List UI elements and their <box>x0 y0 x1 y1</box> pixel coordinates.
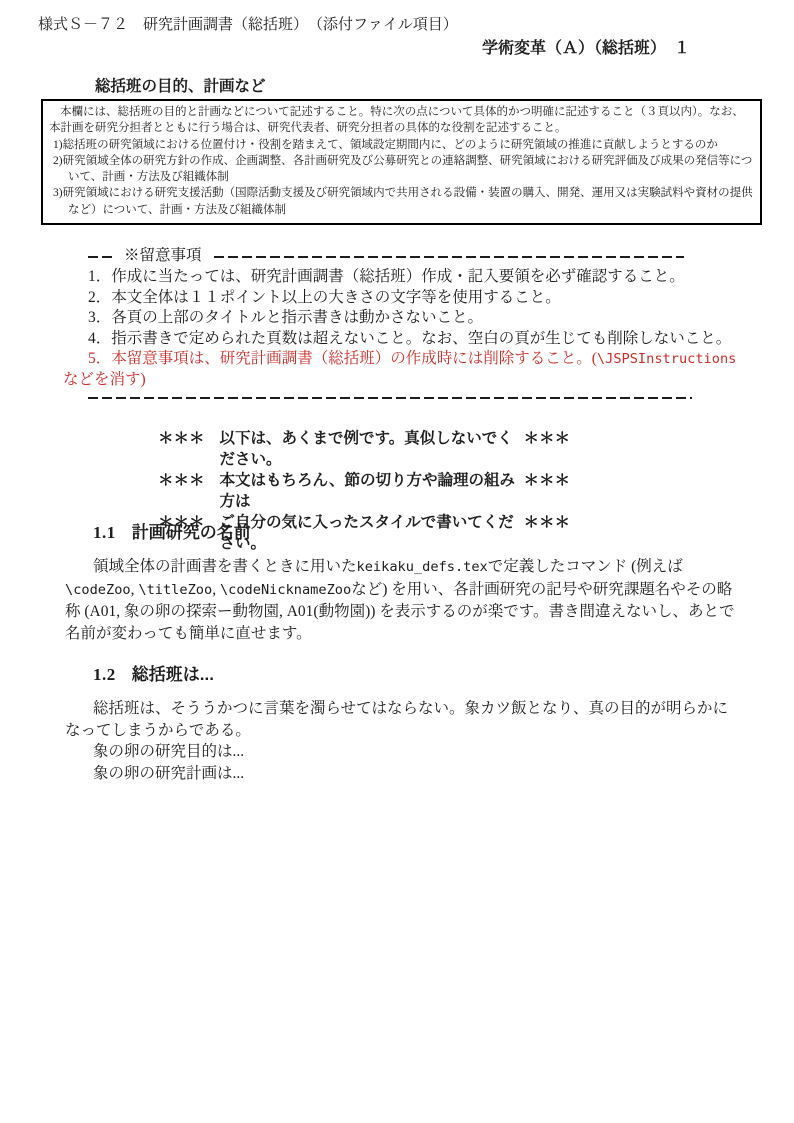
dashed-rule-bottom <box>88 397 692 399</box>
banner-text-1: 以下は、あくまで例です。真似しないでください。 <box>220 428 524 470</box>
note-item-1: 1．作成に当たっては、研究計画調書（総括班）作成・記入要領を必ず確認すること。 <box>88 267 745 288</box>
instruction-box: 本欄には、総括班の目的と計画などについて記述すること。特に次の点について具体的か… <box>41 99 762 225</box>
section-title: 計画研究の名前 <box>132 523 251 542</box>
banner-stars-left: ＊＊＊ <box>158 428 205 470</box>
section-1-1-body: 領域全体の計画書を書くときに用いたkeikaku_defs.texで定義したコマ… <box>65 556 741 644</box>
notes-label: ※留意事項 <box>124 246 202 267</box>
paragraph: 総括班は、そううかつに言葉を濁らせてはならない。象カツ飯となり、真の目的が明らか… <box>65 698 741 741</box>
notes-section: ※留意事項 1．作成に当たっては、研究計画調書（総括班）作成・記入要領を必ず確認… <box>63 246 745 399</box>
banner-row: ＊＊＊ 本文はもちろん、節の切り方や論理の組み方は ＊＊＊ <box>158 470 570 512</box>
dashed-rule-short <box>88 256 112 258</box>
section-1-2-body: 総括班は、そううかつに言葉を濁らせてはならない。象カツ飯となり、真の目的が明らか… <box>65 698 741 784</box>
paragraph: 象の卵の研究計画は... <box>65 763 741 785</box>
notes-header: ※留意事項 <box>88 246 745 267</box>
document-page: 様式Ｓ－７２ 研究計画調書（総括班） （添付ファイル項目） 学術変革（Ａ）（総括… <box>0 0 794 1123</box>
banner-stars-right: ＊＊＊ <box>523 470 570 512</box>
banner-row: ＊＊＊ 以下は、あくまで例です。真似しないでください。 ＊＊＊ <box>158 428 570 470</box>
banner-text-2: 本文はもちろん、節の切り方や論理の組み方は <box>220 470 524 512</box>
dashed-rule-top <box>214 256 684 258</box>
instruction-item-1: 1)総括班の研究領域における位置付け・役割を踏まえて、領域設定期間内に、どのよう… <box>49 137 754 153</box>
section-1-2: 1.2総括班は... 総括班は、そううかつに言葉を濁らせてはならない。象カツ飯と… <box>65 660 741 784</box>
banner-stars-left: ＊＊＊ <box>158 470 205 512</box>
instruction-item-2: 2)研究領域全体の研究方針の作成、企画調整、各計画研究及び公募研究との連絡調整、… <box>49 153 754 186</box>
note-item-4: 4．指示書きで定められた頁数は超えないこと。なお、空白の頁が生じても削除しないこ… <box>88 329 745 350</box>
section-number: 1.1 <box>93 523 116 542</box>
section-1-1: 1.1計画研究の名前 領域全体の計画書を書くときに用いたkeikaku_defs… <box>65 518 741 644</box>
paragraph: 領域全体の計画書を書くときに用いたkeikaku_defs.texで定義したコマ… <box>65 556 741 644</box>
page-header-right: 学術変革（Ａ）（総括班） １ <box>482 35 690 58</box>
form-number-line: 様式Ｓ－７２ 研究計画調書（総括班） （添付ファイル項目） <box>38 13 458 34</box>
instruction-item-3: 3)研究領域における研究支援活動（国際活動支援及び研究領域内で共用される設備・装… <box>49 185 754 218</box>
section-1-1-heading: 1.1計画研究の名前 <box>93 518 741 543</box>
section-main-title: 総括班の目的、計画など <box>95 74 266 96</box>
note-item-5-red: 5．本留意事項は、研究計画調書（総括班）の作成時には削除すること。(\JSPSI… <box>63 349 745 390</box>
instruction-intro: 本欄には、総括班の目的と計画などについて記述すること。特に次の点について具体的か… <box>49 104 754 137</box>
section-title: 総括班は... <box>132 665 214 684</box>
banner-stars-right: ＊＊＊ <box>523 428 570 470</box>
section-number: 1.2 <box>93 665 116 684</box>
note-item-2: 2．本文全体は１１ポイント以上の大きさの文字等を使用すること。 <box>88 288 745 309</box>
section-1-2-heading: 1.2総括班は... <box>93 660 741 685</box>
note-item-3: 3．各頁の上部のタイトルと指示書きは動かさないこと。 <box>88 308 745 329</box>
paragraph: 象の卵の研究目的は... <box>65 741 741 763</box>
